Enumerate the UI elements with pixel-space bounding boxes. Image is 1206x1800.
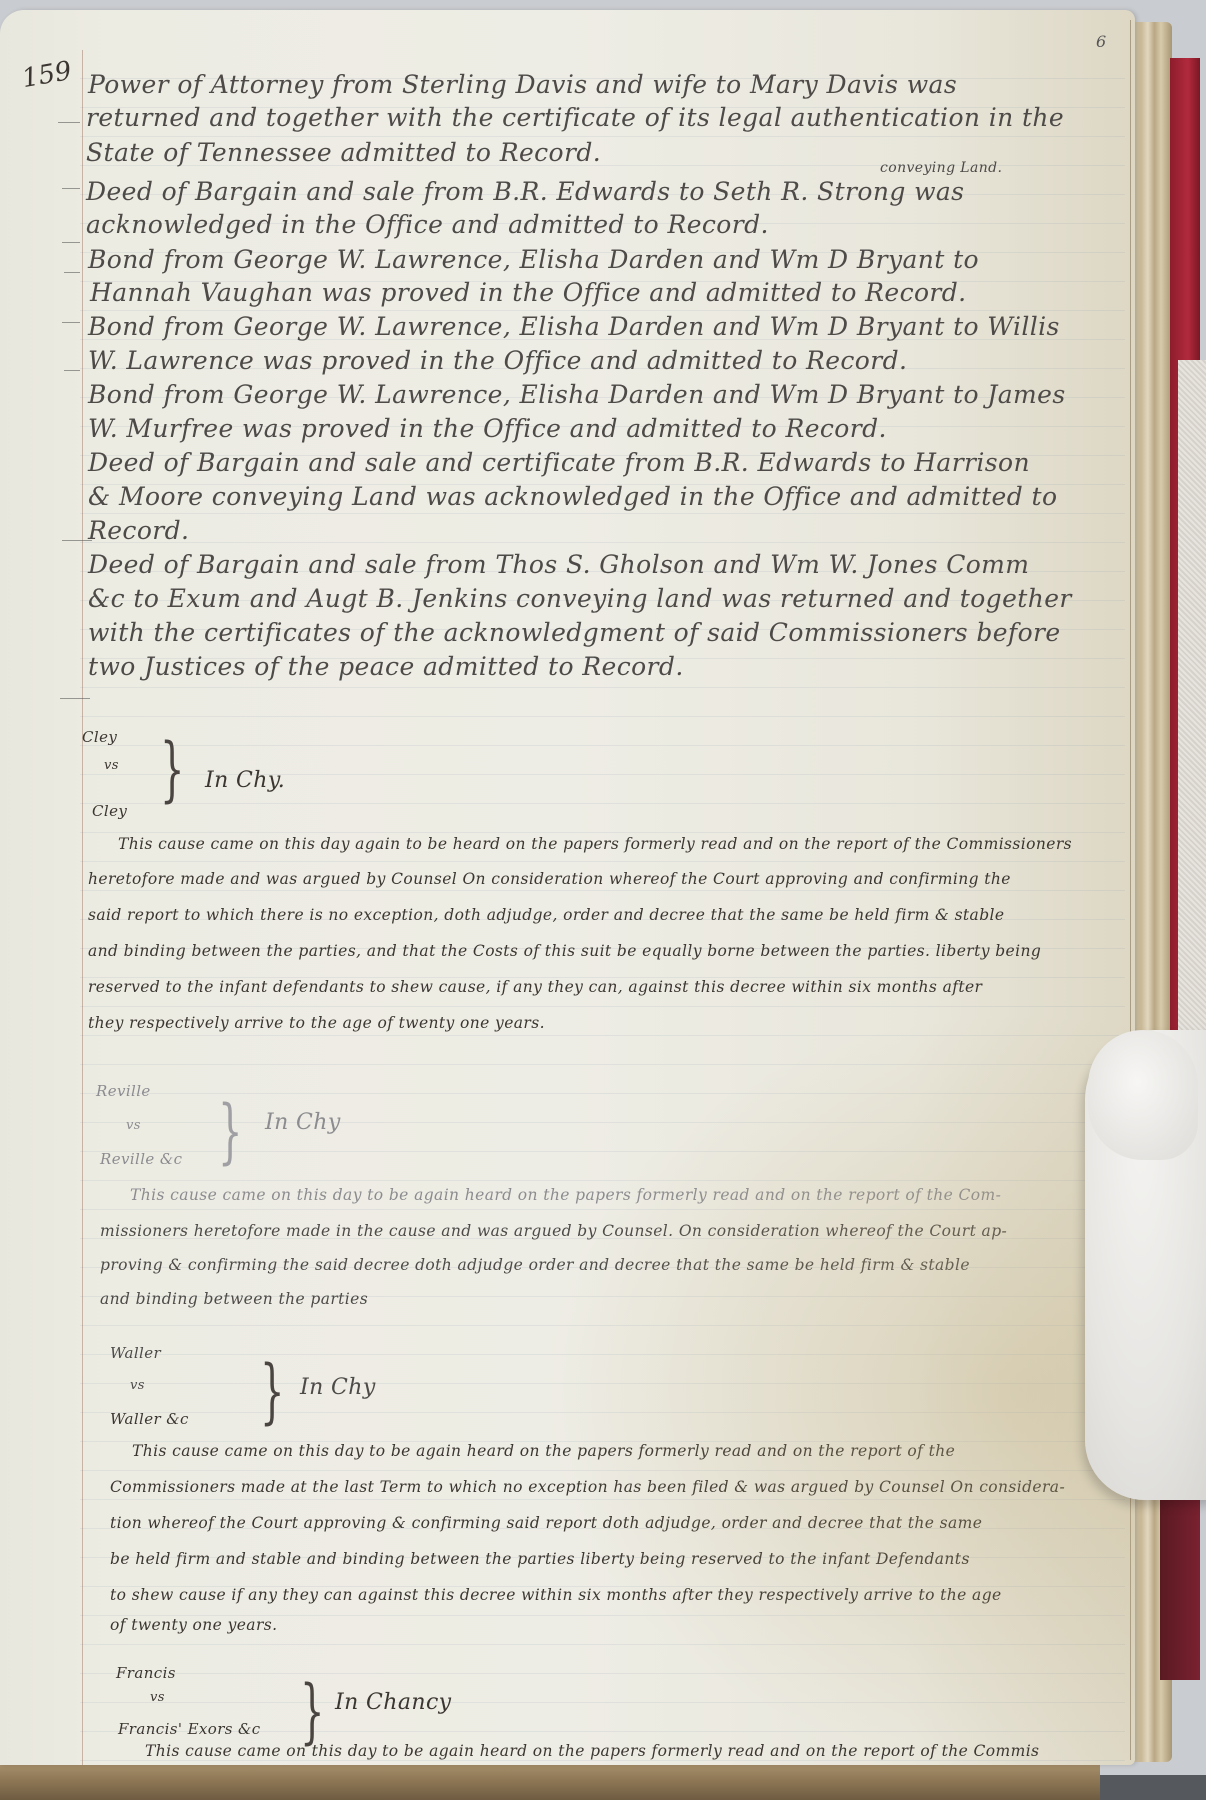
case-defendant: Waller &c (110, 1410, 189, 1428)
case-brace: } (218, 1090, 243, 1172)
case-line: and binding between the parties, and tha… (88, 942, 1041, 960)
case-line: This cause came on this day to be again … (145, 1742, 1039, 1760)
entry-line: W. Murfree was proved in the Office and … (88, 414, 887, 443)
case-defendant: Reville &c (100, 1150, 182, 1168)
case-versus: vs (126, 1118, 141, 1133)
margin-tick (64, 370, 80, 371)
entry-line: Hannah Vaughan was proved in the Office … (90, 278, 967, 307)
case-line: said report to which there is no excepti… (88, 906, 1004, 924)
entry-line: Bond from George W. Lawrence, Elisha Dar… (88, 312, 1060, 341)
margin-tick (62, 242, 80, 243)
entry-line: Bond from George W. Lawrence, Elisha Dar… (88, 380, 1066, 409)
case-line: be held firm and stable and binding betw… (110, 1550, 970, 1568)
gloved-fingertip (1088, 1030, 1198, 1160)
case-versus: vs (130, 1378, 145, 1393)
case-line: Commissioners made at the last Term to w… (110, 1478, 1065, 1496)
case-line: This cause came on this day to be again … (130, 1186, 1001, 1204)
case-line: This cause came on this day again to be … (118, 835, 1072, 853)
case-line: they respectively arrive to the age of t… (88, 1014, 545, 1032)
entry-line: Record. (88, 516, 189, 545)
entry-line: two Justices of the peace admitted to Re… (88, 652, 684, 681)
right-rule (1130, 20, 1131, 1760)
entry-line: acknowledged in the Office and admitted … (86, 210, 769, 239)
case-court: In Chy (265, 1110, 341, 1135)
case-court: In Chy. (205, 768, 285, 793)
entry-line: Deed of Bargain and sale from Thos S. Gh… (88, 550, 1029, 579)
entry-line: & Moore conveying Land was acknowledged … (88, 482, 1057, 511)
margin-tick (58, 122, 80, 123)
case-versus: vs (150, 1690, 165, 1705)
case-brace: } (160, 728, 185, 810)
entry-line: Deed of Bargain and sale and certificate… (88, 448, 1030, 477)
case-plaintiff: Francis (116, 1664, 176, 1682)
case-brace: } (260, 1350, 285, 1432)
entry-line: Bond from George W. Lawrence, Elisha Dar… (88, 245, 979, 274)
case-line: heretofore made and was argued by Counse… (88, 870, 1011, 888)
entry-line: &c to Exum and Augt B. Jenkins conveying… (88, 584, 1072, 613)
case-line: and binding between the parties (100, 1290, 368, 1308)
entry-line: with the certificates of the acknowledgm… (88, 618, 1061, 647)
page-number: 159 (20, 56, 74, 94)
case-line: reserved to the infant defendants to she… (88, 978, 982, 996)
case-line: to shew cause if any they can against th… (110, 1586, 1002, 1604)
margin-tick (62, 188, 80, 189)
case-line: proving & confirming the said decree dot… (100, 1256, 970, 1274)
case-plaintiff: Reville (96, 1082, 151, 1100)
margin-tick (60, 698, 90, 699)
corner-mark: 6 (1096, 32, 1106, 51)
entry-line: W. Lawrence was proved in the Office and… (88, 346, 907, 375)
case-brace: } (300, 1670, 325, 1752)
entry-line: State of Tennessee admitted to Record. (86, 138, 601, 167)
margin-rule (82, 50, 83, 1765)
case-versus: vs (104, 758, 119, 773)
entry-line: returned and together with the certifica… (86, 103, 1064, 132)
case-line: of twenty one years. (110, 1616, 277, 1634)
margin-tick (62, 322, 80, 323)
case-court: In Chy (300, 1375, 376, 1400)
case-line: tion whereof the Court approving & confi… (110, 1514, 982, 1532)
interlineation: conveying Land. (880, 160, 1002, 176)
case-defendant: Cley (92, 802, 127, 820)
ledger-page: 159 6 Power of Attorney from Sterling Da… (0, 10, 1135, 1765)
margin-tick (64, 272, 80, 273)
case-defendant: Francis' Exors &c (118, 1720, 261, 1738)
case-line: missioners heretofore made in the cause … (100, 1222, 1007, 1240)
case-plaintiff: Waller (110, 1344, 161, 1362)
entry-line: Power of Attorney from Sterling Davis an… (88, 70, 957, 99)
case-court: In Chancy (335, 1690, 452, 1715)
case-plaintiff: Cley (82, 728, 117, 746)
entry-line: Deed of Bargain and sale from B.R. Edwar… (86, 177, 964, 206)
case-line: This cause came on this day to be again … (132, 1442, 955, 1460)
